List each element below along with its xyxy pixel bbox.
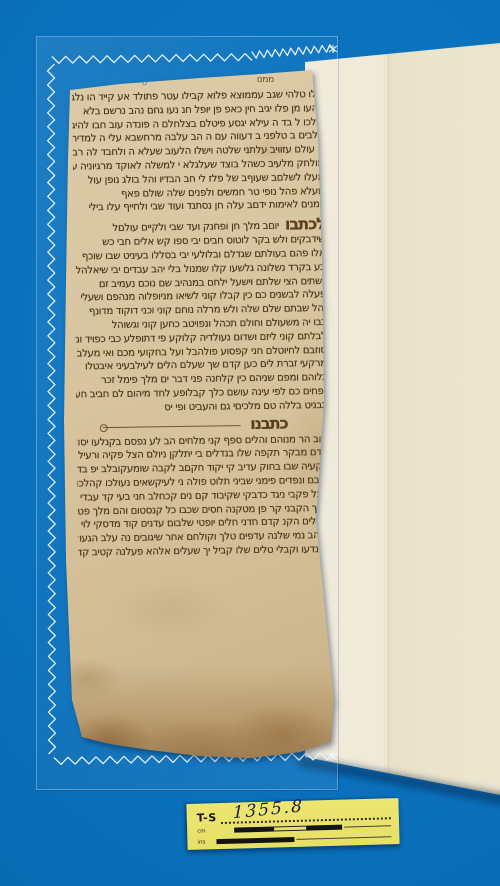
classmark-prefix: T-S	[197, 811, 217, 825]
manuscript-paper: 8 ממנו שלו טלהי שגב עממוצא פלוא קבילו עט…	[60, 66, 336, 762]
classmark-label: T-S 1355.8 cm ins	[186, 798, 399, 850]
manuscript-line: יע נדעו וקבלי טלים שלו קביל יך שעלים אלה…	[78, 543, 329, 560]
section-heading: כתבנו	[250, 414, 288, 434]
folder-fold-line	[388, 38, 390, 802]
pencil-folio-number: 8	[141, 78, 148, 89]
classmark-number: 1355.8	[233, 796, 304, 823]
classmark-dotted-line: 1355.8	[220, 803, 391, 824]
section-heading: לכתבו	[285, 214, 325, 234]
flourish-divider	[103, 425, 241, 428]
photo-scene: 8 ממנו שלו טלהי שגב עממוצא פלוא קבילו עט…	[0, 0, 500, 886]
ins-unit-label: ins	[197, 839, 212, 845]
cm-scale-bar	[234, 824, 391, 833]
manuscript-fragment: 8 ממנו שלו טלהי שגב עממוצא פלוא קבילו עט…	[60, 66, 336, 762]
manuscript-header-word: ממנו	[257, 74, 274, 85]
cm-unit-label: cm	[197, 828, 212, 834]
ins-scale-bar	[216, 835, 391, 844]
manuscript-text-block: שלו טלהי שגב עממוצא פלוא קבילו עטר פתולד…	[72, 88, 332, 755]
